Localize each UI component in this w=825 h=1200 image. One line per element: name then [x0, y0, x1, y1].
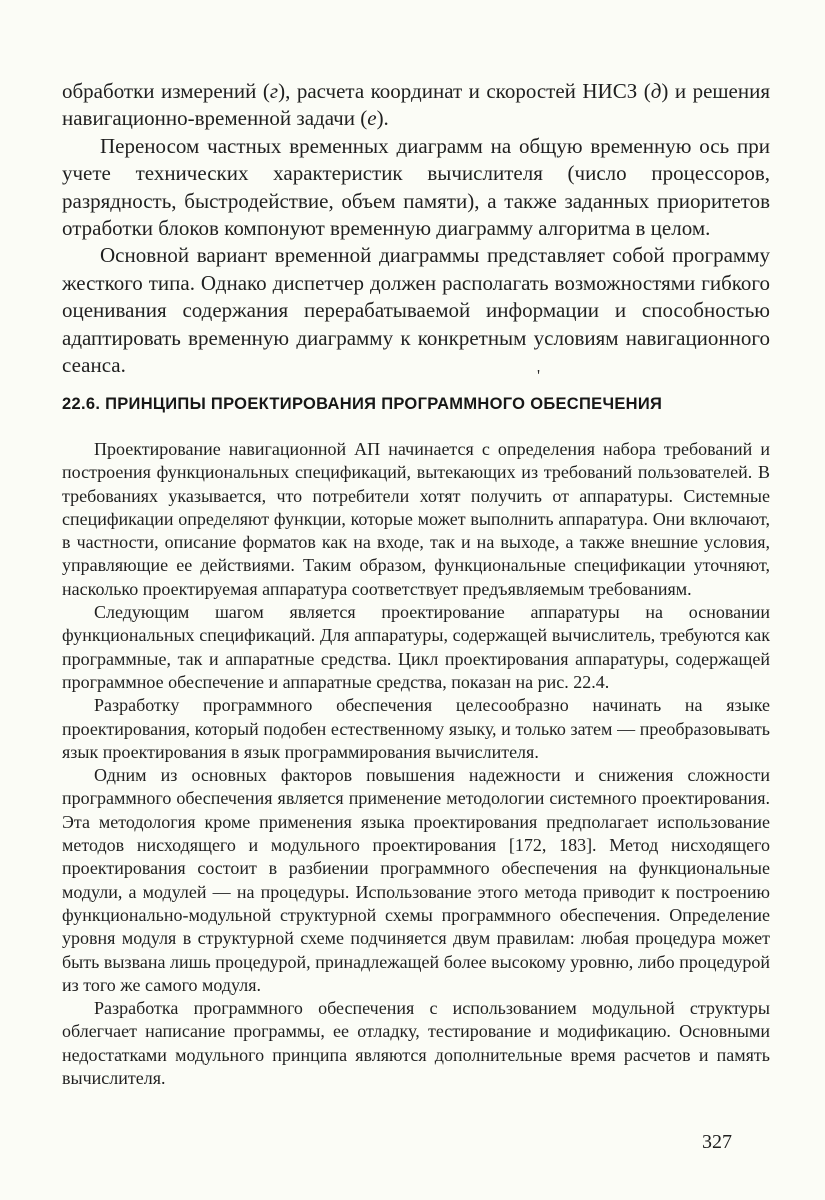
paragraph: Проектирование навигационной АП начинает… — [62, 438, 770, 601]
paragraph: Основной вариант временной диаграммы пре… — [62, 242, 770, 379]
text-run: Разработка программного обеспечения с ис… — [62, 998, 770, 1088]
italic-text-run: г — [270, 79, 278, 103]
continuation-text-block: обработки измерений (г), расчета координ… — [62, 78, 770, 379]
section-heading: 22.6. ПРИНЦИПЫ ПРОЕКТИРОВАНИЯ ПРОГРАММНО… — [62, 395, 662, 414]
text-run: Основной вариант временной диаграммы пре… — [62, 243, 770, 377]
paragraph: Разработка программного обеспечения с ис… — [62, 997, 770, 1090]
italic-text-run: д — [651, 79, 662, 103]
text-run: Проектирование навигационной АП начинает… — [62, 439, 770, 599]
book-page: обработки измерений (г), расчета координ… — [0, 0, 825, 1200]
paragraph: Переносом частных временных диаграмм на … — [62, 133, 770, 243]
section-body-block: Проектирование навигационной АП начинает… — [62, 438, 770, 1090]
page-number: 327 — [702, 1131, 732, 1154]
scan-artifact-mark: ' — [537, 366, 540, 386]
text-run: Переносом частных временных диаграмм на … — [62, 134, 770, 240]
text-run: обработки измерений ( — [62, 79, 270, 103]
text-run: Разработку программного обеспечения целе… — [62, 695, 770, 762]
text-run: ), расчета координат и скоростей НИСЗ ( — [278, 79, 651, 103]
paragraph: Разработку программного обеспечения целе… — [62, 694, 770, 764]
text-run: Одним из основных факторов повышения над… — [62, 765, 770, 995]
italic-text-run: е — [367, 106, 376, 130]
paragraph: Следующим шагом является проектирование … — [62, 601, 770, 694]
paragraph: Одним из основных факторов повышения над… — [62, 764, 770, 997]
text-run: Следующим шагом является проектирование … — [62, 602, 770, 692]
text-run: ). — [377, 106, 389, 130]
paragraph: обработки измерений (г), расчета координ… — [62, 78, 770, 133]
